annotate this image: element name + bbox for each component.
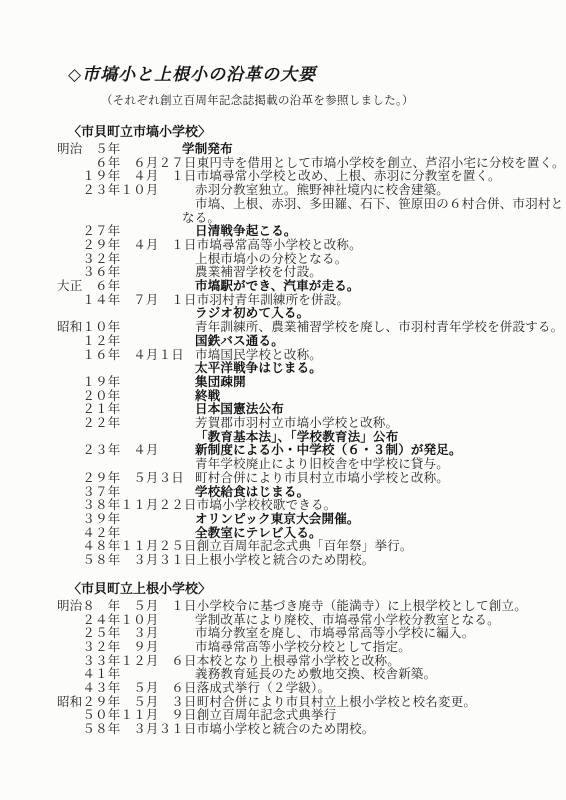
entry-date: ２９年 ５月３日 bbox=[57, 472, 195, 486]
entry-date: ２７年 bbox=[57, 225, 195, 239]
timeline-ichihana: 明治 ５年学制発布 ６年 ６月２７日東円寺を借用として市塙小学校を創立、芦沼小宅… bbox=[57, 143, 550, 568]
entry-text: 農業補習学校を付設。 bbox=[195, 266, 322, 280]
entry-text: 集団疎開 bbox=[195, 376, 246, 390]
timeline-entry: ２９年 ５月３日町村合併により市貝村立市塙小学校と改称。 bbox=[57, 472, 550, 486]
section-ichihana-elementary: 〈市貝町立市塙小学校〉 明治 ５年学制発布 ６年 ６月２７日東円寺を借用として市… bbox=[57, 121, 550, 568]
timeline-entry: ４３年 ５月 ６日落成式挙行（２学級）。 bbox=[57, 682, 550, 696]
entry-text: 落成式挙行（２学級）。 bbox=[197, 682, 330, 696]
entry-text: 市塙駅ができ、汽車が走る。 bbox=[195, 280, 360, 294]
timeline-entry: ２９年 ４月 １日市塙尋常高等小学校と改称。 bbox=[57, 239, 550, 253]
timeline-entry: ２７年日清戦争起こる。 bbox=[57, 225, 550, 239]
entry-text: 町村合併により市貝村立市塙小学校と改称。 bbox=[195, 472, 449, 486]
entry-text: 市塙尋常高等小学校分校として指定。 bbox=[195, 641, 411, 655]
entry-date: ３８年１１月２２日 bbox=[57, 499, 197, 513]
timeline-entry: 市塙、上根、赤羽、多田羅、石下、笹原田の６村合併、市羽村と bbox=[57, 198, 550, 212]
timeline-entry: 太平洋戦争はじまる。 bbox=[57, 362, 550, 376]
timeline-entry: ２３年１０月赤羽分教室独立。熊野神社境内に校舎建築。 bbox=[57, 184, 550, 198]
timeline-entry: ２１年日本国憲法公布 bbox=[57, 403, 550, 417]
entry-text: 義務教育延長のため敷地交換、校舎新築。 bbox=[195, 668, 436, 682]
timeline-entry: なる。 bbox=[57, 212, 550, 226]
timeline-entry: １９年集団疎開 bbox=[57, 376, 550, 390]
timeline-entry: ３８年１１月２２日市塙小学校校歌できる。 bbox=[57, 499, 550, 513]
timeline-entry: 青年学校廃止により旧校舎を中学校に貸与。 bbox=[57, 458, 550, 472]
section-heading-uwane: 〈市貝町立上根小学校〉 bbox=[68, 578, 550, 597]
entry-date: ３９年 bbox=[57, 513, 195, 527]
entry-text: オリンピック東京大会開催。 bbox=[195, 513, 360, 527]
entry-date: ３２年 ９月 bbox=[57, 641, 195, 655]
entry-text: 日清戦争起こる。 bbox=[195, 225, 297, 239]
entry-date: 大正 ６年 bbox=[57, 280, 195, 294]
entry-date: 昭和１０年 bbox=[57, 321, 195, 335]
entry-text: 市塙、上根、赤羽、多田羅、石下、笹原田の６村合併、市羽村と bbox=[195, 198, 563, 212]
entry-text: 市塙小学校と統合のため閉校。 bbox=[197, 723, 375, 737]
entry-date: １９年 bbox=[57, 376, 195, 390]
entry-date: ２３年１０月 bbox=[57, 184, 195, 198]
timeline-entry: ４１年義務教育延長のため敷地交換、校舎新築。 bbox=[57, 668, 550, 682]
entry-date: ２２年 bbox=[57, 417, 195, 431]
timeline-entry: 昭和１０年青年訓練所、農業補習学校を廃し、市羽村青年学校を併設する。 bbox=[57, 321, 550, 335]
timeline-entry: ５８年 ３月３１日上根小学校と統合のため閉校。 bbox=[57, 554, 550, 568]
entry-text: 市塙尋常高等小学校と改称。 bbox=[197, 239, 362, 253]
entry-date: １４年 ７月 １日 bbox=[57, 294, 197, 308]
timeline-entry: １２年国鉄バス通る。 bbox=[57, 335, 550, 349]
entry-date: ２５年 ３月 bbox=[57, 627, 195, 641]
page-subtitle: （それぞれ創立百周年記念誌掲載の沿革を参照しました。） bbox=[101, 92, 550, 108]
entry-date: 明治 ５年 bbox=[57, 143, 195, 157]
section-uwane-elementary: 〈市貝町立上根小学校〉 明治８ 年 ５月 １日小学校令に基づき廃寺（能満寺）に上… bbox=[57, 578, 550, 737]
entry-date: ４１年 bbox=[57, 668, 195, 682]
entry-text: 上根小学校と統合のため閉校。 bbox=[197, 554, 375, 568]
entry-date: ３６年 bbox=[57, 266, 195, 280]
entry-text: 青年学校廃止により旧校舎を中学校に貸与。 bbox=[195, 458, 449, 472]
entry-text: 国鉄バス通る。 bbox=[195, 335, 284, 349]
entry-text: 学制発布 bbox=[182, 143, 233, 157]
document-page: ◇市塙小と上根小の沿革の大要 （それぞれ創立百周年記念誌掲載の沿革を参照しました… bbox=[0, 0, 566, 800]
entry-date: ５８年 ３月３１日 bbox=[57, 723, 197, 737]
timeline-entry: ３２年 ９月市塙尋常高等小学校分校として指定。 bbox=[57, 641, 550, 655]
entry-date: 明治８ 年 ５月 １日 bbox=[57, 600, 197, 614]
timeline-entry: 明治 ５年学制発布 bbox=[57, 143, 550, 157]
entry-text: 市塙小学校校歌できる。 bbox=[197, 499, 337, 513]
entry-date: １６年 ４月１日 bbox=[57, 349, 195, 363]
timeline-entry: 明治８ 年 ５月 １日小学校令に基づき廃寺（能満寺）に上根学校として創立。 bbox=[57, 600, 550, 614]
entry-date: ２９年 ４月 １日 bbox=[57, 239, 197, 253]
entry-text: 赤羽分教室独立。熊野神社境内に校舎建築。 bbox=[195, 184, 449, 198]
entry-text: 小学校令に基づき廃寺（能満寺）に上根学校として創立。 bbox=[197, 600, 527, 614]
timeline-entry: ２０年終戦 bbox=[57, 390, 550, 404]
timeline-entry: ５８年 ３月３１日市塙小学校と統合のため閉校。 bbox=[57, 723, 550, 737]
entry-text: 日本国憲法公布 bbox=[195, 403, 284, 417]
entry-text: 芳賀郡市羽村立市塙小学校と改称。 bbox=[195, 417, 398, 431]
timeline-entry: 大正 ６年市塙駅ができ、汽車が走る。 bbox=[57, 280, 550, 294]
entry-date: ２３年 ４月 bbox=[57, 444, 195, 458]
entry-date: １２年 bbox=[57, 335, 195, 349]
entry-text: 太平洋戦争はじまる。 bbox=[195, 362, 322, 376]
timeline-entry: ３９年オリンピック東京大会開催。 bbox=[57, 513, 550, 527]
entry-text: 青年訓練所、農業補習学校を廃し、市羽村青年学校を併設する。 bbox=[195, 321, 563, 335]
entry-date: ４３年 ５月 ６日 bbox=[57, 682, 197, 696]
page-title: ◇市塙小と上根小の沿革の大要 bbox=[68, 60, 550, 85]
timeline-entry: ３６年農業補習学校を付設。 bbox=[57, 266, 550, 280]
timeline-entry: ２２年芳賀郡市羽村立市塙小学校と改称。 bbox=[57, 417, 550, 431]
timeline-entry: ２５年 ３月市塙分教室を廃し、市塙尋常高等小学校に編入。 bbox=[57, 627, 550, 641]
timeline-uwane: 明治８ 年 ５月 １日小学校令に基づき廃寺（能満寺）に上根学校として創立。 ２４… bbox=[57, 600, 550, 737]
entry-text: 市塙分教室を廃し、市塙尋常高等小学校に編入。 bbox=[195, 627, 474, 641]
entry-date: ５８年 ３月３１日 bbox=[57, 554, 197, 568]
section-heading-ichihana: 〈市貝町立市塙小学校〉 bbox=[68, 121, 550, 140]
entry-date: ２１年 bbox=[57, 403, 195, 417]
